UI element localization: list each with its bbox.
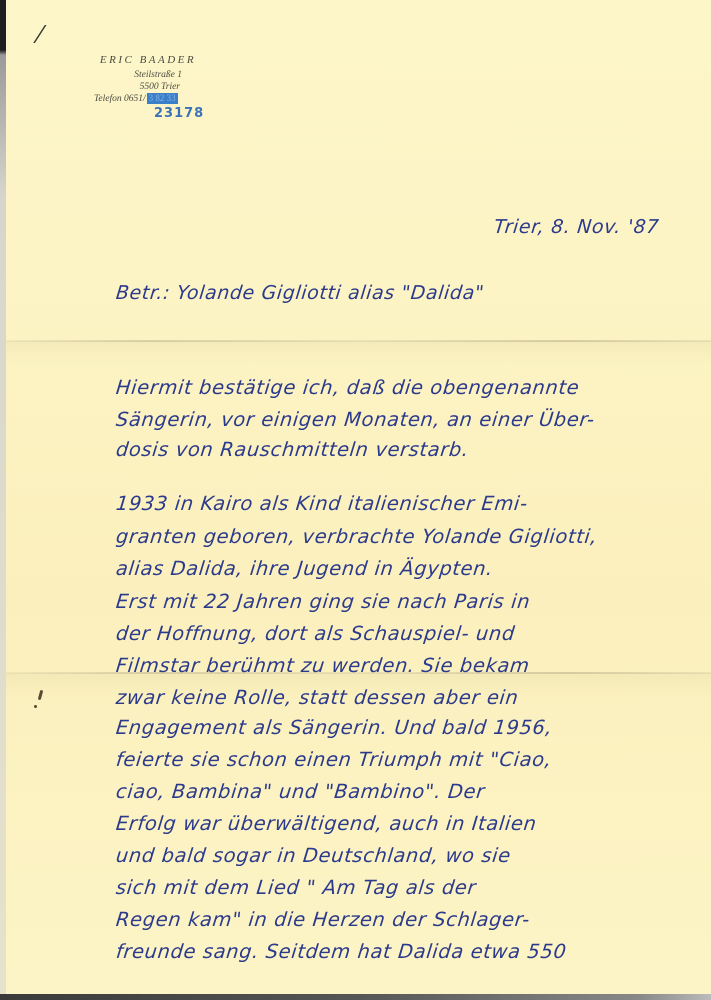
fold-shadow-upper (6, 341, 711, 365)
date-line: Trier, 8. Nov. '87 (493, 216, 660, 238)
phone-redaction-stamp: 3 82 33 (147, 93, 178, 104)
letter-page: / ERIC BAADER Steilstraße 1 5500 Trier T… (6, 0, 711, 994)
letterhead-street: Steilstraße 1 (86, 69, 206, 81)
body-line: und bald sogar in Deutschland, wo sie (114, 840, 512, 872)
subject-line: Betr.: Yolande Gigliotti alias "Dalida" (115, 282, 486, 304)
body-line: Engagement als Sängerin. Und bald 1956, (114, 712, 554, 744)
body-line: freunde sang. Seitdem hat Dalida etwa 55… (114, 936, 568, 968)
body-line: Sängerin, vor einigen Monaten, an einer … (114, 404, 596, 436)
margin-ink-dot (34, 705, 37, 708)
body-line: 1933 in Kairo als Kind italienischer Emi… (114, 488, 529, 520)
letterhead-name: ERIC BAADER (90, 54, 206, 66)
body-line: feierte sie schon einen Triumph mit "Cia… (114, 744, 553, 776)
body-line: Erfolg war überwältigend, auch in Italie… (114, 808, 538, 840)
stamped-phone-number: 23178 (154, 106, 204, 121)
body-line: ciao, Bambina" und "Bambino". Der (114, 776, 486, 808)
body-line: zwar keine Rolle, statt dessen aber ein (114, 682, 520, 714)
corner-page-mark: / (32, 22, 48, 47)
body-line: der Hoffnung, dort als Schauspiel- und (114, 618, 516, 650)
body-line: Erst mit 22 Jahren ging sie nach Paris i… (114, 586, 532, 618)
body-line: granten geboren, verbrachte Yolande Gigl… (114, 521, 599, 553)
letterhead-phone-label: Telefon 0651/ (94, 94, 146, 104)
letterhead-phone: Telefon 0651/3 82 33 (86, 93, 206, 105)
fold-line-upper (6, 340, 711, 342)
body-line: sich mit dem Lied " Am Tag als der (114, 872, 478, 904)
body-line: Filmstar berühmt zu werden. Sie bekam (114, 650, 531, 682)
body-line: Hiermit bestätige ich, daß die obengenan… (114, 372, 581, 404)
body-line: dosis von Rauschmitteln verstarb. (114, 434, 470, 466)
letterhead: ERIC BAADER Steilstraße 1 5500 Trier Tel… (86, 54, 206, 105)
body-line: alias Dalida, ihre Jugend in Ägypten. (114, 553, 494, 585)
body-line: Regen kam" in die Herzen der Schlager- (114, 904, 531, 936)
scan-bottom-edge-shadow (0, 994, 711, 1000)
letterhead-city: 5500 Trier (86, 81, 206, 93)
